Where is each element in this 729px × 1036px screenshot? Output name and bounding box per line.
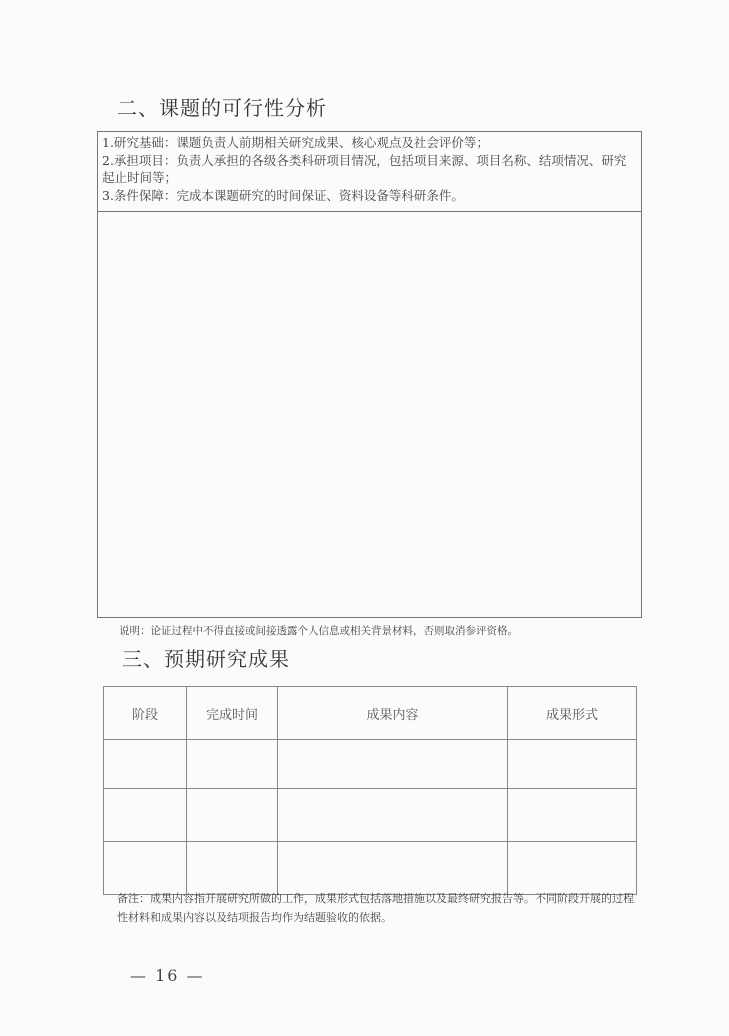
- column-header-completion-time: 完成时间: [187, 687, 278, 740]
- table-cell[interactable]: [187, 789, 278, 842]
- guide-line-1: 1.研究基础：课题负责人前期相关研究成果、核心观点及社会评价等；: [102, 134, 637, 152]
- guide-line-2: 2.承担项目：负责人承担的各级各类科研项目情况，包括项目来源、项目名称、结项情况…: [102, 152, 637, 187]
- table-row: [104, 789, 637, 842]
- table-row: [104, 842, 637, 895]
- table-header-row: 阶段 完成时间 成果内容 成果形式: [104, 687, 637, 740]
- feasibility-content-area[interactable]: [98, 212, 641, 617]
- table-row: [104, 740, 637, 789]
- section-heading-feasibility: 二、课题的可行性分析: [117, 92, 327, 121]
- feasibility-guide: 1.研究基础：课题负责人前期相关研究成果、核心观点及社会评价等； 2.承担项目：…: [98, 132, 641, 212]
- column-header-stage: 阶段: [104, 687, 187, 740]
- remarks-note: 备注：成果内容指开展研究所做的工作，成果形式包括落地措施以及最终研究报告等。不同…: [117, 889, 637, 927]
- table-cell[interactable]: [187, 842, 278, 895]
- table-cell[interactable]: [278, 789, 508, 842]
- column-header-result-content: 成果内容: [278, 687, 508, 740]
- column-header-result-form: 成果形式: [508, 687, 637, 740]
- guide-line-3: 3.条件保障：完成本课题研究的时间保证、资料设备等科研条件。: [102, 187, 637, 205]
- table-cell[interactable]: [104, 740, 187, 789]
- table-cell[interactable]: [508, 842, 637, 895]
- section-heading-expected-results: 三、预期研究成果: [122, 643, 290, 672]
- table-cell[interactable]: [508, 740, 637, 789]
- expected-results-table: 阶段 完成时间 成果内容 成果形式: [103, 686, 637, 895]
- table-cell[interactable]: [104, 842, 187, 895]
- feasibility-box: 1.研究基础：课题负责人前期相关研究成果、核心观点及社会评价等； 2.承担项目：…: [97, 131, 642, 618]
- table-cell[interactable]: [104, 789, 187, 842]
- table-cell[interactable]: [508, 789, 637, 842]
- table-cell[interactable]: [278, 842, 508, 895]
- table-cell[interactable]: [278, 740, 508, 789]
- disclosure-note: 说明：论证过程中不得直接或间接透露个人信息或相关背景材料，否则取消参评资格。: [119, 622, 518, 641]
- page-number: — 16 —: [130, 966, 205, 985]
- table-cell[interactable]: [187, 740, 278, 789]
